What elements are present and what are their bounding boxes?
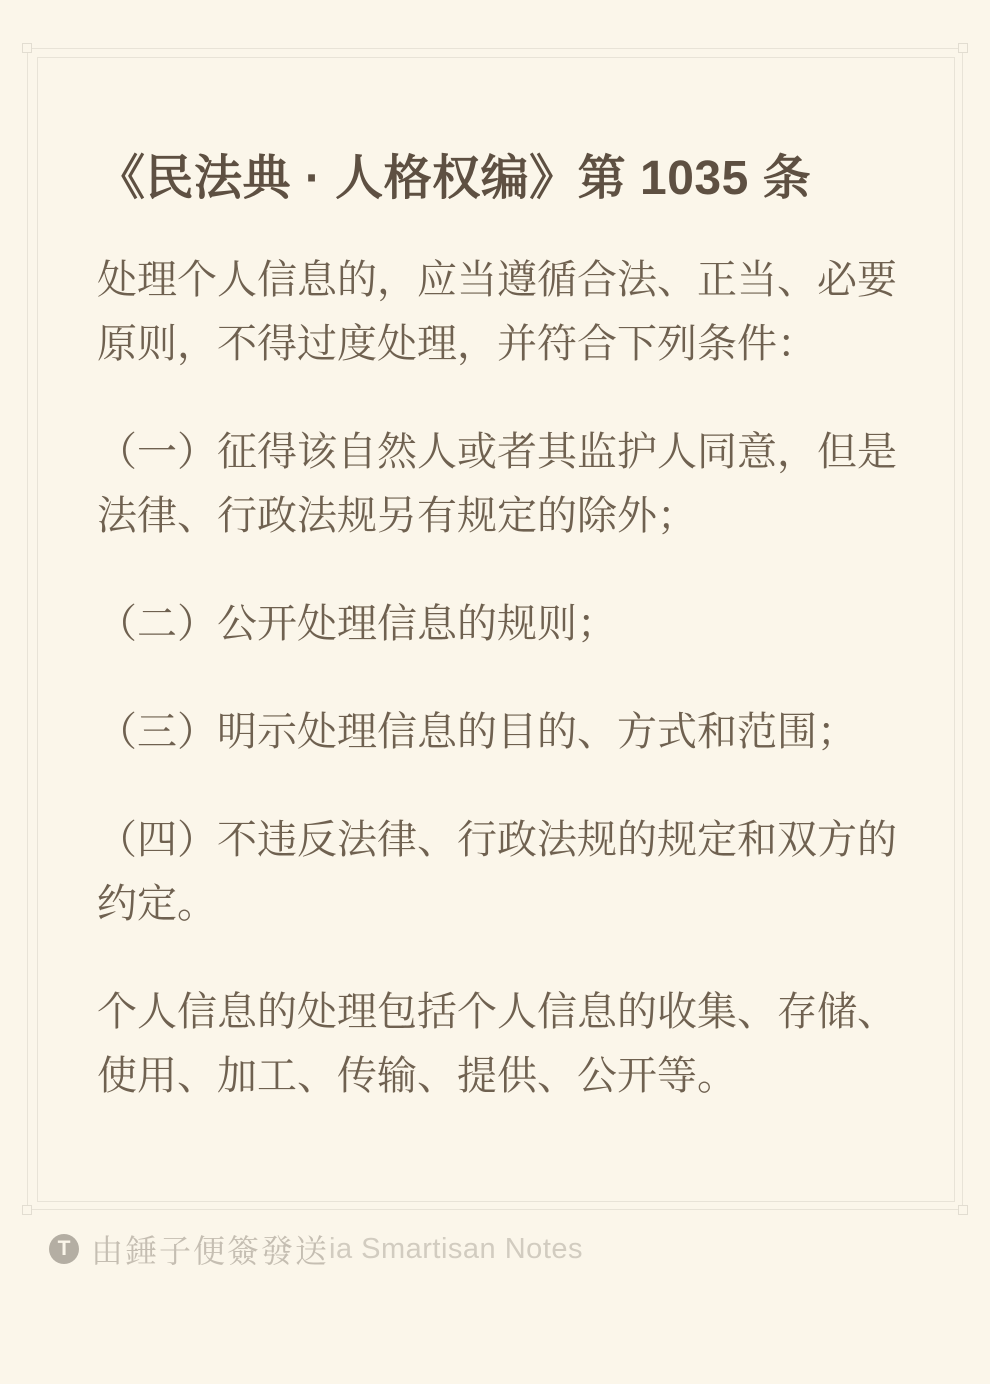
- frame-corner-square-top-right: [958, 43, 968, 53]
- frame-corner-square-top-left: [22, 43, 32, 53]
- smartisan-logo-icon: T: [49, 1234, 79, 1264]
- note-paragraph-closing: 个人信息的处理包括个人信息的收集、存储、使用、加工、传输、提供、公开等。: [97, 980, 897, 1108]
- note-paragraph-item-2: （二）公开处理信息的规则；: [97, 592, 897, 656]
- note-content: 《民法典 · 人格权编》第 1035 条 处理个人信息的，应当遵循合法、正当、必…: [97, 150, 897, 1152]
- note-paragraph-item-4: （四）不违反法律、行政法规的规定和双方的约定。: [97, 808, 897, 936]
- note-paragraph-intro: 处理个人信息的，应当遵循合法、正当、必要原则，不得过度处理，并符合下列条件：: [97, 248, 897, 376]
- frame-corner-square-bottom-right: [958, 1205, 968, 1215]
- footer-attribution: T 由錘子便簽發送 ia Smartisan Notes: [49, 1232, 583, 1266]
- smartisan-note-card: { "content": { "title": "《民法典 · 人格权编》第 1…: [0, 0, 990, 1384]
- frame-corner-square-bottom-left: [22, 1205, 32, 1215]
- footer-text-chinese: 由錘子便簽發送: [91, 1226, 329, 1272]
- footer-text-english: ia Smartisan Notes: [329, 1233, 583, 1266]
- note-paragraph-item-1: （一）征得该自然人或者其监护人同意，但是法律、行政法规另有规定的除外；: [97, 420, 897, 548]
- note-paragraph-item-3: （三）明示处理信息的目的、方式和范围；: [97, 700, 897, 764]
- note-title: 《民法典 · 人格权编》第 1035 条: [97, 150, 897, 208]
